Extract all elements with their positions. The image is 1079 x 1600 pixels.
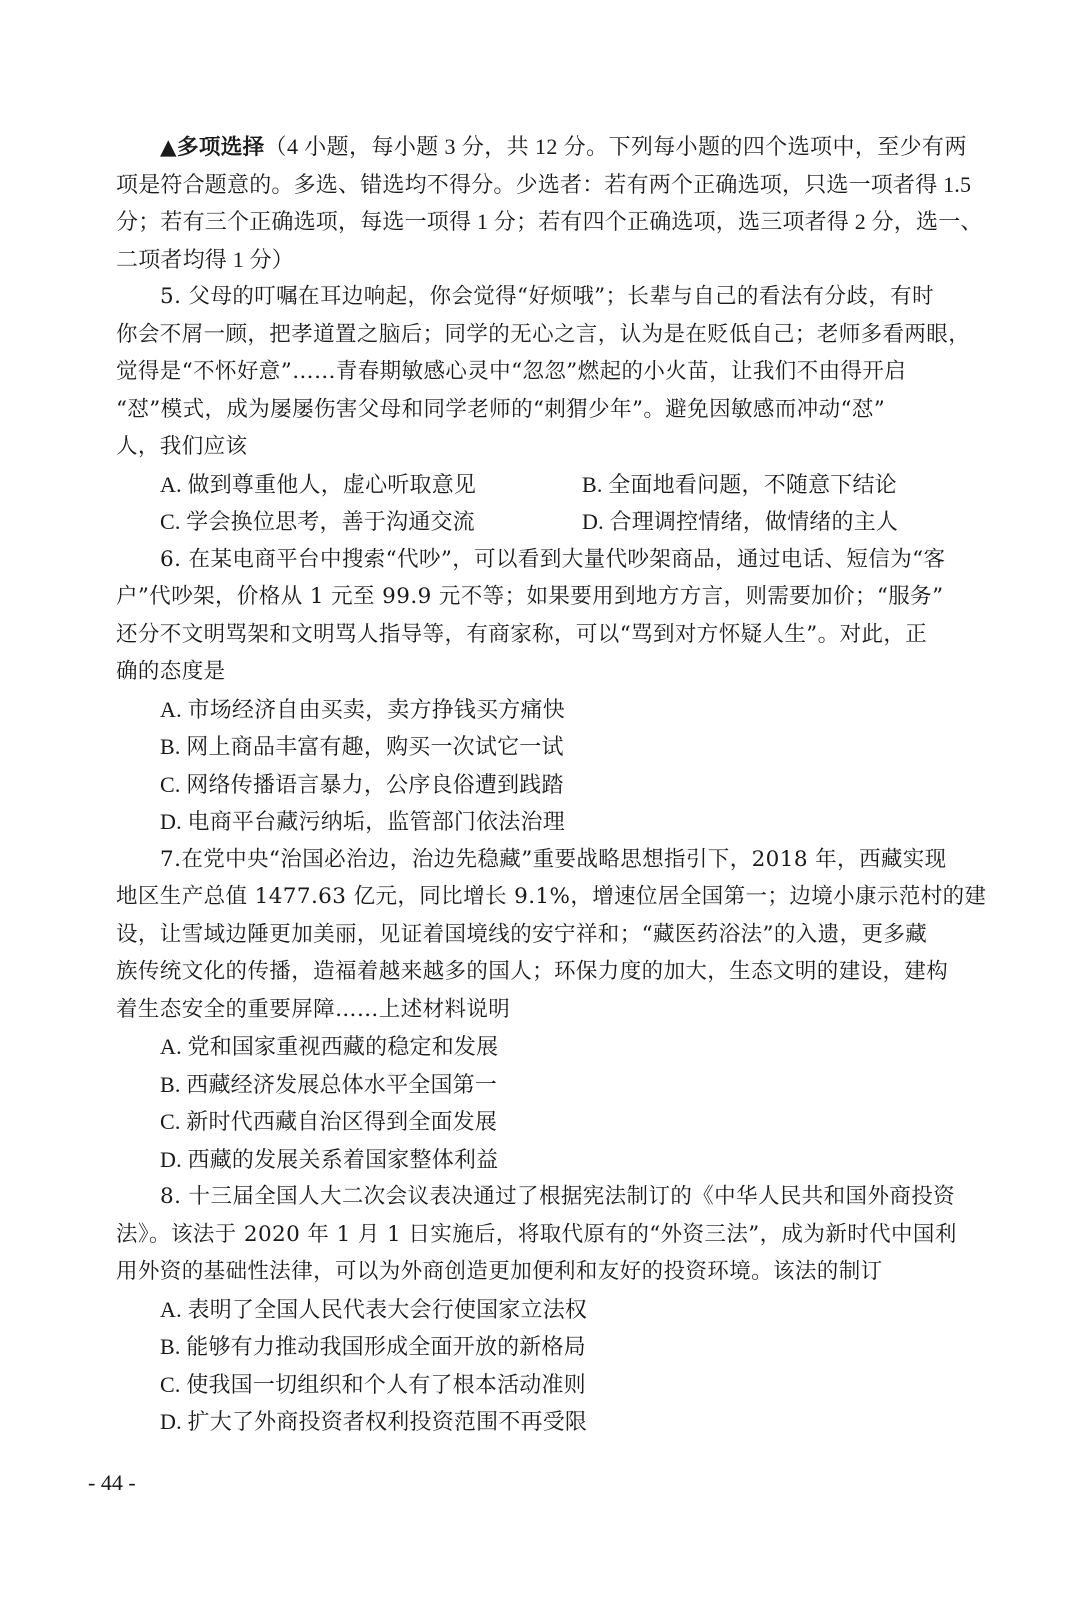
question-stem-line: 户”代吵架，价格从 1 元至 99.9 元不等；如果要用到地方方言，则需要加价；… (116, 578, 1016, 616)
option-row: A. 做到尊重他人，虚心听取意见 B. 全面地看问题，不随意下结论 (116, 466, 1016, 504)
question-stem-line: 族传统文化的传播，造福着越来越多的国人；环保力度的加大，生态文明的建设，建构 (116, 953, 1016, 991)
question-stem-line: 地区生产总值 1477.63 亿元，同比增长 9.1%，增速位居全国第一；边境小… (116, 878, 1016, 916)
option-a: A. 做到尊重他人，虚心听取意见 (160, 466, 582, 504)
question-stem-line: 8. 十三届全国人大二次会议表决通过了根据宪法制订的《中华人民共和国外商投资 (116, 1178, 1016, 1216)
section-header: ▲多项选择（4 小题，每小题 3 分，共 12 分。下列每小题的四个选项中，至少… (116, 128, 1016, 166)
section-instructions-line-1: （4 小题，每小题 3 分，共 12 分。下列每小题的四个选项中，至少有两 (265, 134, 967, 159)
question-stem-line: 还分不文明骂架和文明骂人指导等，有商家称，可以“骂到对方怀疑人生”。对此，正 (116, 616, 1016, 654)
question-5: 5. 父母的叮嘱在耳边响起，你会觉得“好烦哦”；长辈与自己的看法有分歧，有时 你… (116, 278, 1016, 541)
question-stem-line: 确的态度是 (116, 653, 1016, 691)
question-stem-line: 人，我们应该 (116, 428, 1016, 466)
page-number: - 44 - (88, 1470, 136, 1496)
question-7: 7.在党中央“治国必治边，治边先稳藏”重要战略思想指引下，2018 年，西藏实现… (116, 841, 1016, 1179)
question-stem-line: 着生态安全的重要屏障……上述材料说明 (116, 991, 1016, 1029)
option-d: D. 合理调控情绪，做情绪的主人 (582, 503, 1004, 541)
section-instructions-line-3: 分；若有三个正确选项，每选一项得 1 分；若有四个正确选项，选三项者得 2 分，… (116, 203, 1016, 241)
option-a: A. 表明了全国人民代表大会行使国家立法权 (116, 1291, 1016, 1329)
option-row: C. 学会换位思考，善于沟通交流 D. 合理调控情绪，做情绪的主人 (116, 503, 1016, 541)
question-6: 6. 在某电商平台中搜索“代吵”，可以看到大量代吵架商品，通过电话、短信为“客 … (116, 541, 1016, 841)
section-title: 多项选择 (177, 135, 265, 160)
question-stem-line: 用外资的基础性法律，可以为外商创造更加便利和友好的投资环境。该法的制订 (116, 1253, 1016, 1291)
question-stem-line: 你会不屑一顾，把孝道置之脑后；同学的无心之言，认为是在贬低自己；老师多看两眼， (116, 316, 1016, 354)
question-stem-line: 法》。该法于 2020 年 1 月 1 日实施后，将取代原有的“外资三法”，成为… (116, 1216, 1016, 1254)
question-stem-line: 设，让雪域边陲更加美丽，见证着国境线的安宁祥和；“藏医药浴法”的入遗，更多藏 (116, 916, 1016, 954)
option-d: D. 西藏的发展关系着国家整体利益 (116, 1141, 1016, 1179)
option-a: A. 党和国家重视西藏的稳定和发展 (116, 1028, 1016, 1066)
option-d: D. 电商平台藏污纳垢，监管部门依法治理 (116, 803, 1016, 841)
section-instructions-line-4: 二项者均得 1 分） (116, 241, 1016, 279)
option-c: C. 学会换位思考，善于沟通交流 (160, 503, 582, 541)
option-a: A. 市场经济自由买卖，卖方挣钱买方痛快 (116, 691, 1016, 729)
question-stem-line: “怼”模式，成为屡屡伤害父母和同学老师的“刺猬少年”。避免因敏感而冲动“怼” (116, 391, 1016, 429)
option-b: B. 能够有力推动我国形成全面开放的新格局 (116, 1328, 1016, 1366)
question-8: 8. 十三届全国人大二次会议表决通过了根据宪法制订的《中华人民共和国外商投资 法… (116, 1178, 1016, 1441)
option-b: B. 全面地看问题，不随意下结论 (582, 466, 1004, 504)
option-c: C. 网络传播语言暴力，公序良俗遭到践踏 (116, 766, 1016, 804)
option-b: B. 网上商品丰富有趣，购买一次试它一试 (116, 728, 1016, 766)
exam-page: ▲多项选择（4 小题，每小题 3 分，共 12 分。下列每小题的四个选项中，至少… (116, 128, 1016, 1441)
section-instructions-line-2: 项是符合题意的。多选、错选均不得分。少选者：若有两个正确选项，只选一项者得 1.… (116, 166, 1016, 204)
triangle-marker-icon: ▲ (160, 135, 177, 160)
question-stem-line: 7.在党中央“治国必治边，治边先稳藏”重要战略思想指引下，2018 年，西藏实现 (116, 841, 1016, 879)
option-b: B. 西藏经济发展总体水平全国第一 (116, 1066, 1016, 1104)
option-c: C. 新时代西藏自治区得到全面发展 (116, 1103, 1016, 1141)
question-stem-line: 6. 在某电商平台中搜索“代吵”，可以看到大量代吵架商品，通过电话、短信为“客 (116, 541, 1016, 579)
question-stem-line: 觉得是“不怀好意”……青春期敏感心灵中“忽忽”燃起的小火苗，让我们不由得开启 (116, 353, 1016, 391)
question-stem-line: 5. 父母的叮嘱在耳边响起，你会觉得“好烦哦”；长辈与自己的看法有分歧，有时 (116, 278, 1016, 316)
option-d: D. 扩大了外商投资者权利投资范围不再受限 (116, 1403, 1016, 1441)
option-c: C. 使我国一切组织和个人有了根本活动准则 (116, 1366, 1016, 1404)
